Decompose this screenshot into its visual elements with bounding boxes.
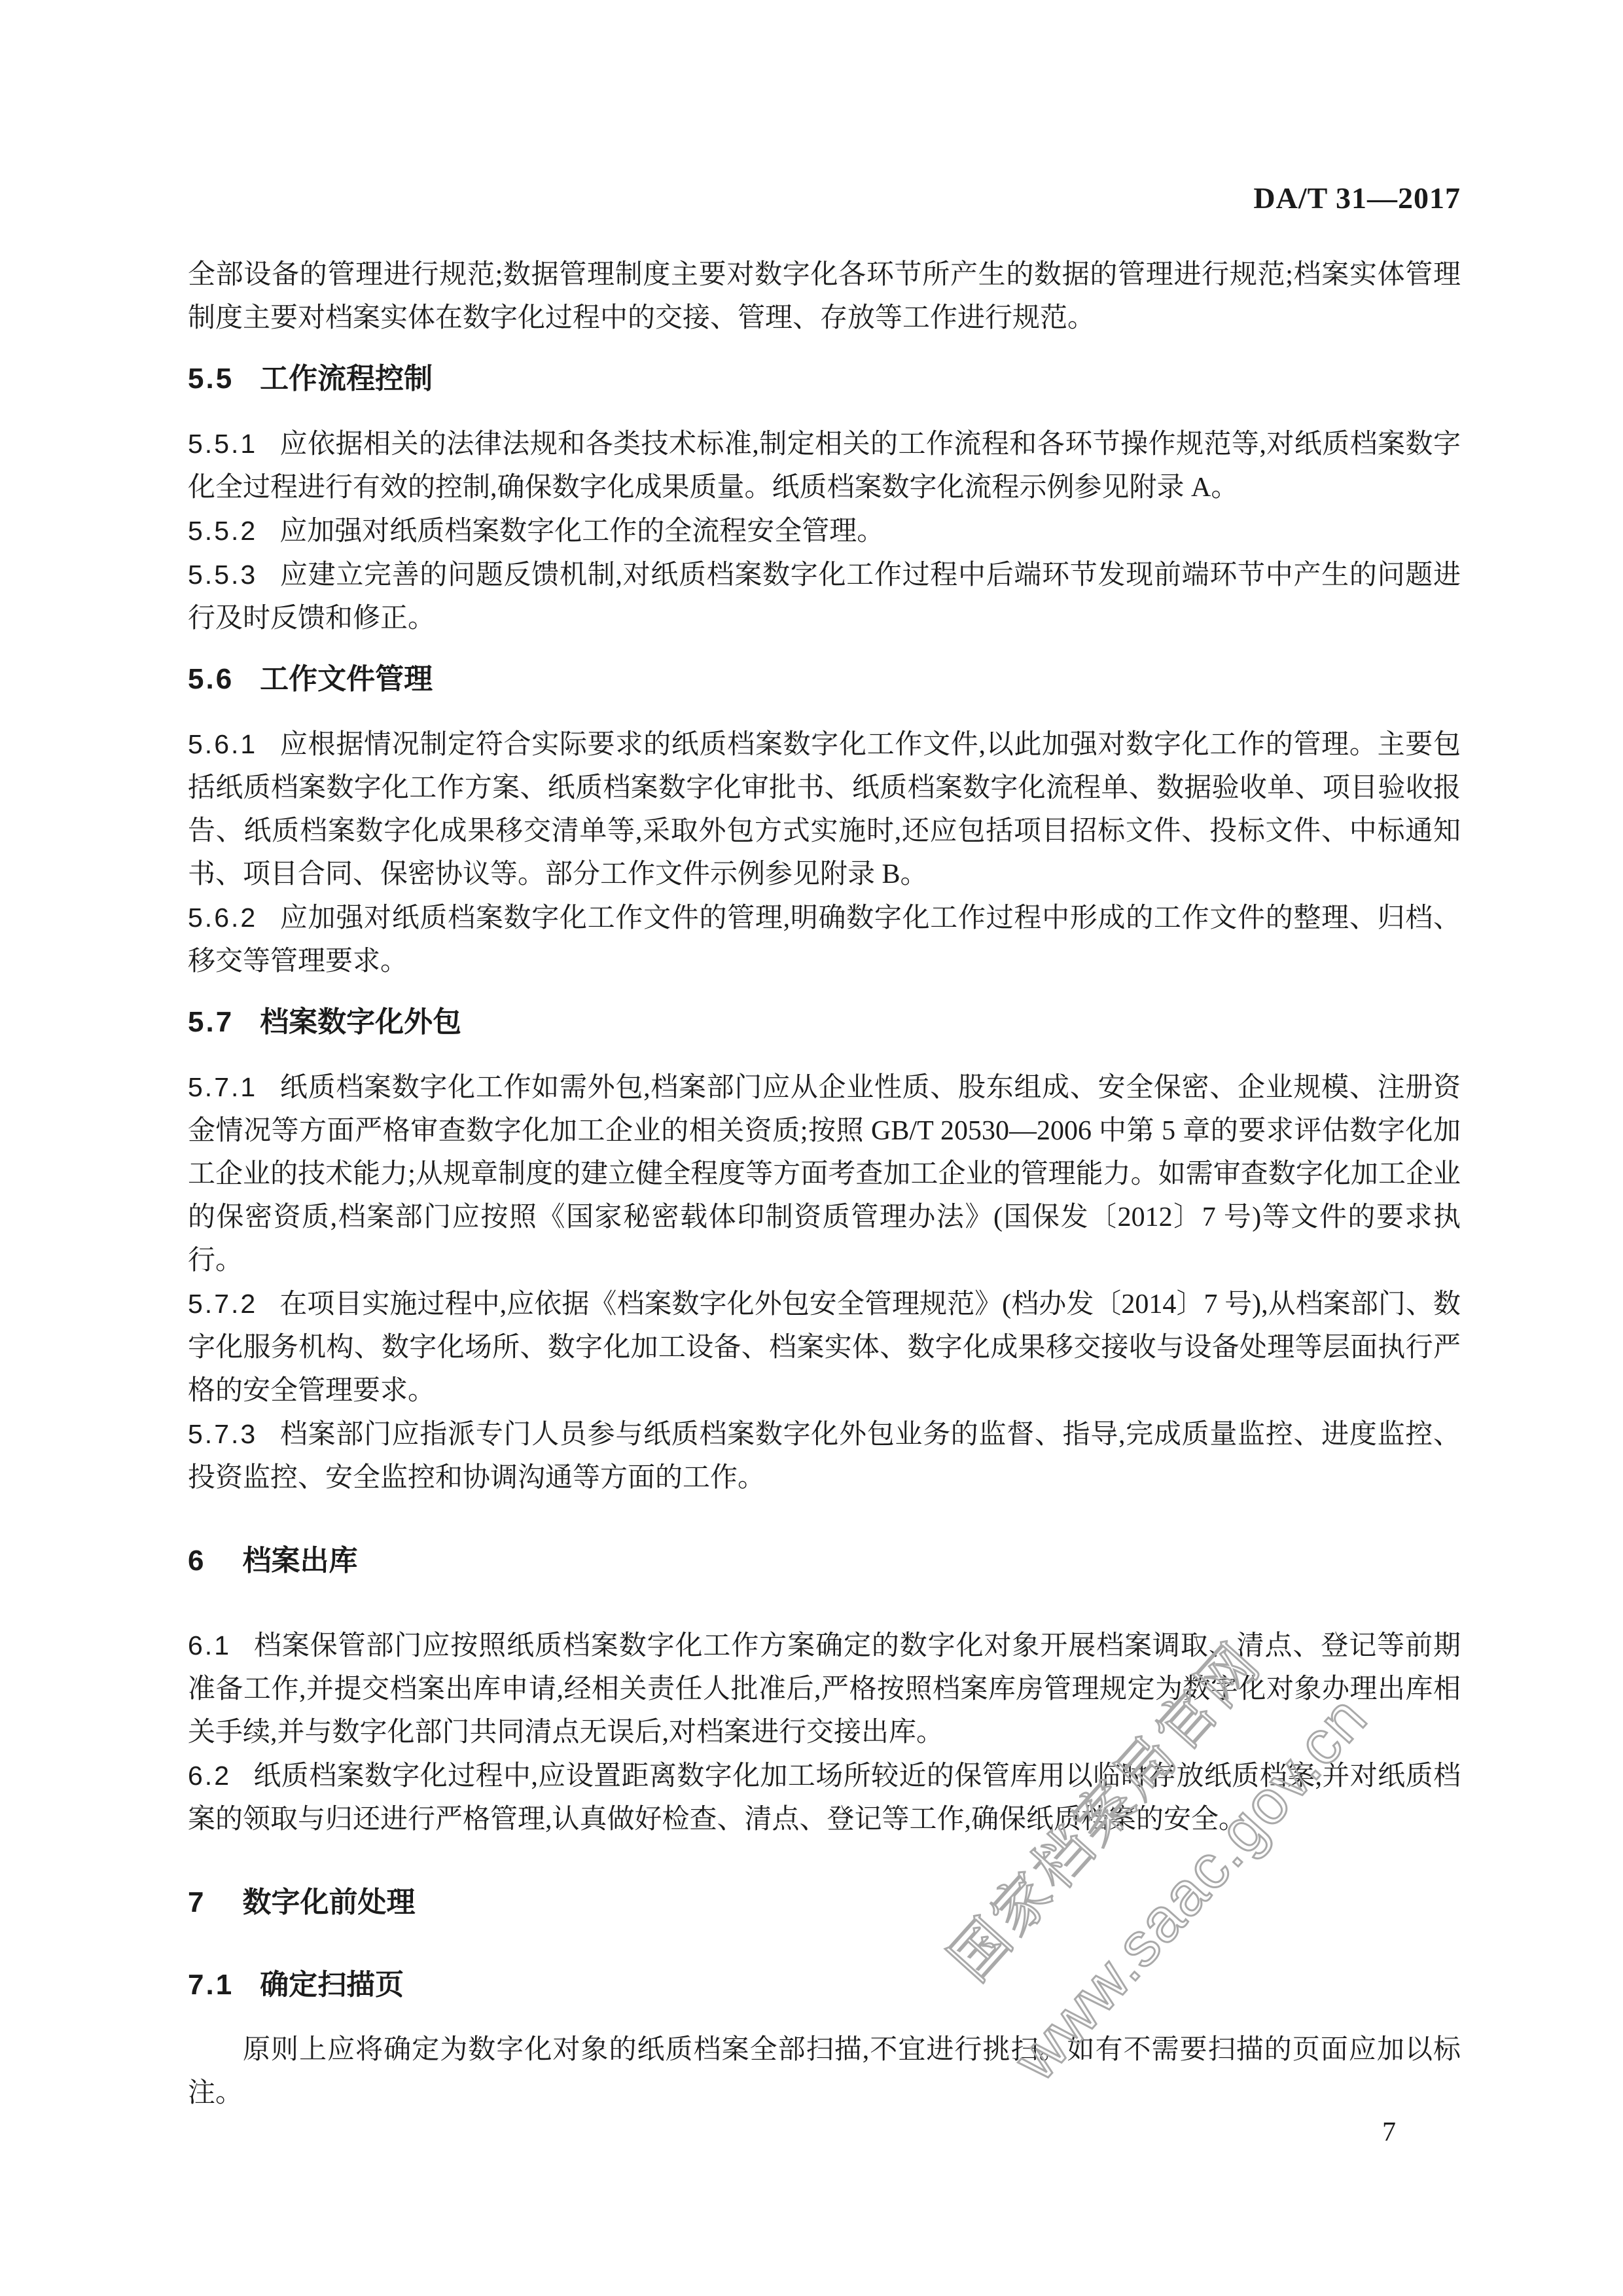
section-heading-5-7: 5.7档案数字化外包 [188,1003,1461,1042]
section-number: 5.5 [188,363,234,395]
continued-paragraph: 全部设备的管理进行规范;数据管理制度主要对数字化各环节所产生的数据的管理进行规范… [188,253,1461,340]
clause-number: 6.1 [188,1630,231,1660]
page-number: 7 [1382,2113,1396,2152]
clause-number: 6.2 [188,1761,231,1791]
section-number: 5.7 [188,1006,234,1038]
clause-number: 5.5.2 [188,516,257,546]
clause-number: 5.5.3 [188,560,257,590]
clause-text: 档案部门应指派专门人员参与纸质档案数字化外包业务的监督、指导,完成质量监控、进度… [188,1420,1461,1493]
clause-text: 应加强对纸质档案数字化工作文件的管理,明确数字化工作过程中形成的工作文件的整理、… [188,903,1461,977]
clause-text: 在项目实施过程中,应依据《档案数字化外包安全管理规范》(档办发〔2014〕7 号… [188,1289,1461,1406]
clause-number: 5.5.1 [188,429,257,459]
chapter-number: 7 [188,1886,205,1918]
clause-number: 5.7.2 [188,1289,257,1319]
chapter-title: 档案出库 [242,1545,357,1577]
section-number: 5.6 [188,663,234,695]
clause-text: 应加强对纸质档案数字化工作的全流程安全管理。 [279,516,884,547]
clause-number: 5.6.1 [188,729,257,759]
chapter-number: 6 [188,1545,205,1577]
section-number: 7.1 [188,1969,234,2001]
standard-code: DA/T 31—2017 [1253,181,1461,215]
clause-5-5-1: 5.5.1应依据相关的法律法规和各类技术标准,制定相关的工作流程和各环节操作规范… [188,422,1461,509]
body-paragraph: 原则上应将确定为数字化对象的纸质档案全部扫描,不宜进行挑扫。如有不需要扫描的页面… [188,2028,1461,2115]
section-title: 确定扫描页 [260,1969,404,2001]
clause-text: 应依据相关的法律法规和各类技术标准,制定相关的工作流程和各环节操作规范等,对纸质… [188,429,1461,503]
clause-text: 纸质档案数字化过程中,应设置距离数字化加工场所较近的保管库用以临时存放纸质档案,… [188,1761,1461,1835]
clause-5-5-3: 5.5.3应建立完善的问题反馈机制,对纸质档案数字化工作过程中后端环节发现前端环… [188,553,1461,640]
clause-text: 档案保管部门应按照纸质档案数字化工作方案确定的数字化对象开展档案调取、清点、登记… [188,1631,1461,1748]
document-page: DA/T 31—2017 全部设备的管理进行规范;数据管理制度主要对数字化各环节… [0,0,1623,2296]
section-title: 工作流程控制 [260,363,433,395]
clause-5-6-1: 5.6.1应根据情况制定符合实际要求的纸质档案数字化工作文件,以此加强对数字化工… [188,723,1461,896]
clause-5-7-3: 5.7.3档案部门应指派专门人员参与纸质档案数字化外包业务的监督、指导,完成质量… [188,1412,1461,1499]
clause-text: 应根据情况制定符合实际要求的纸质档案数字化工作文件,以此加强对数字化工作的管理。… [188,730,1461,889]
section-heading-7-1: 7.1确定扫描页 [188,1965,1461,2005]
clause-5-5-2: 5.5.2应加强对纸质档案数字化工作的全流程安全管理。 [188,509,1461,553]
clause-number: 5.7.1 [188,1072,257,1102]
chapter-heading-7: 7数字化前处理 [188,1883,1461,1922]
section-title: 工作文件管理 [260,663,433,695]
chapter-heading-6: 6档案出库 [188,1541,1461,1581]
section-heading-5-6: 5.6工作文件管理 [188,660,1461,699]
clause-5-7-1: 5.7.1纸质档案数字化工作如需外包,档案部门应从企业性质、股东组成、安全保密、… [188,1066,1461,1282]
clause-5-7-2: 5.7.2在项目实施过程中,应依据《档案数字化外包安全管理规范》(档办发〔201… [188,1282,1461,1412]
section-title: 档案数字化外包 [260,1006,461,1038]
clause-6-1: 6.1档案保管部门应按照纸质档案数字化工作方案确定的数字化对象开展档案调取、清点… [188,1624,1461,1754]
clause-number: 5.6.2 [188,903,257,933]
clause-text: 应建立完善的问题反馈机制,对纸质档案数字化工作过程中后端环节发现前端环节中产生的… [188,560,1461,634]
clause-6-2: 6.2纸质档案数字化过程中,应设置距离数字化加工场所较近的保管库用以临时存放纸质… [188,1754,1461,1841]
clause-5-6-2: 5.6.2应加强对纸质档案数字化工作文件的管理,明确数字化工作过程中形成的工作文… [188,896,1461,983]
section-heading-5-5: 5.5工作流程控制 [188,359,1461,399]
document-body: 全部设备的管理进行规范;数据管理制度主要对数字化各环节所产生的数据的管理进行规范… [188,253,1461,2115]
clause-text: 纸质档案数字化工作如需外包,档案部门应从企业性质、股东组成、安全保密、企业规模、… [188,1073,1461,1276]
clause-number: 5.7.3 [188,1419,257,1449]
chapter-title: 数字化前处理 [242,1886,415,1918]
